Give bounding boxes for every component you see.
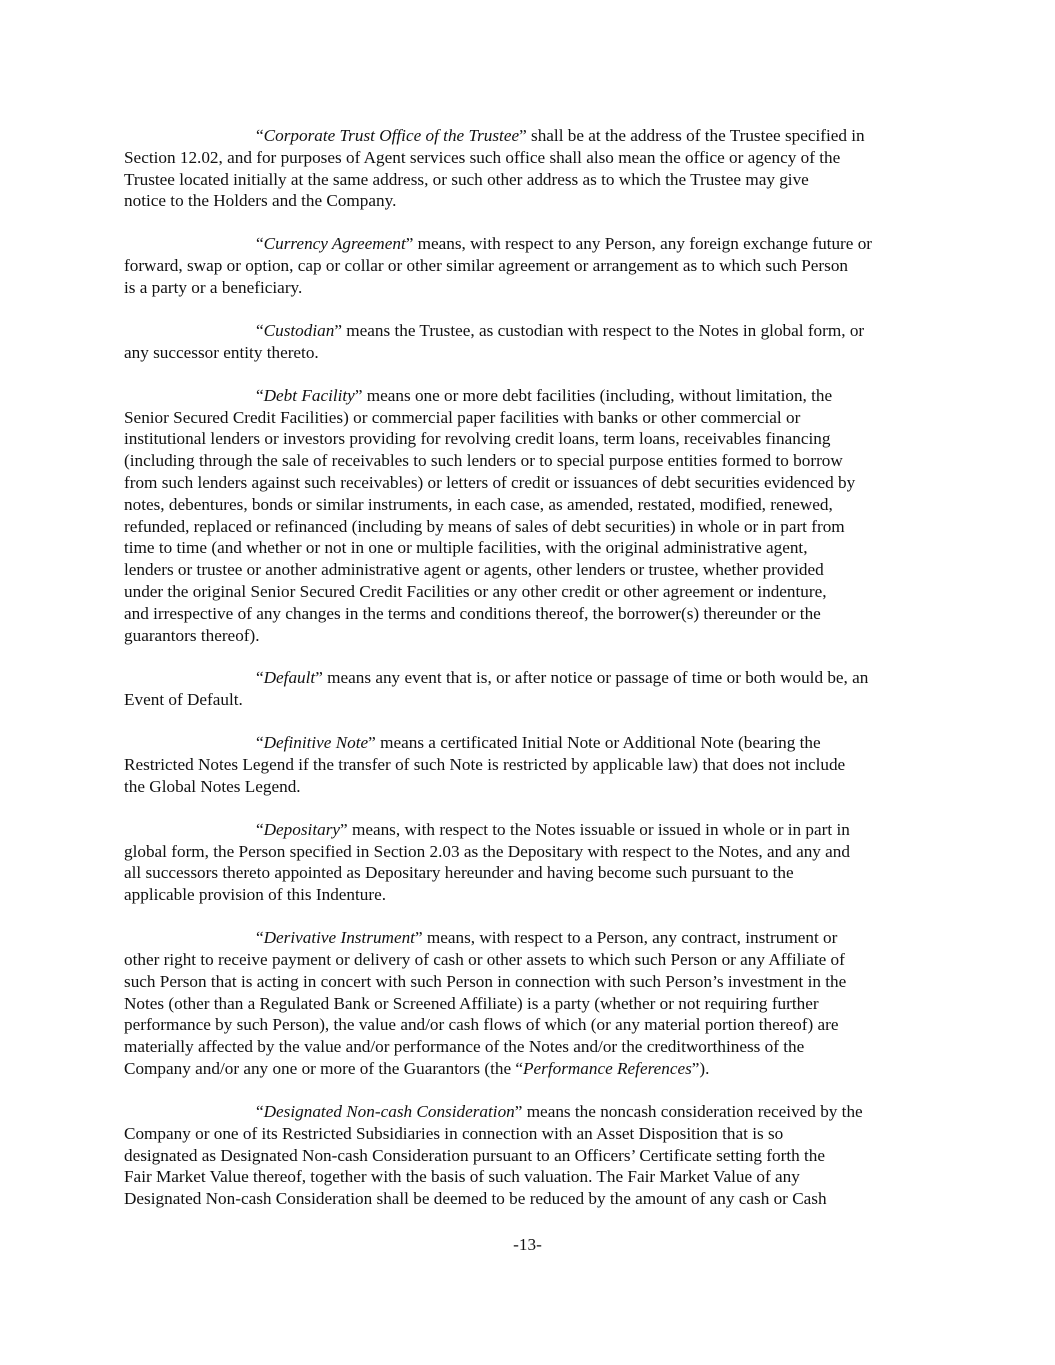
page-number: -13- — [0, 1235, 1055, 1255]
defined-term: Derivative Instrument — [264, 928, 415, 947]
defined-term: Performance References — [523, 1059, 692, 1078]
definition-derivative-instrument: “Derivative Instrument” means, with resp… — [124, 927, 936, 1080]
defined-term: Corporate Trust Office of the Trustee — [264, 126, 519, 145]
definition-default: “Default” means any event that is, or af… — [124, 667, 936, 711]
defined-term: Depositary — [264, 820, 340, 839]
defined-term: Default — [264, 668, 316, 687]
defined-term: Debt Facility — [264, 386, 355, 405]
definition-corporate-trust-office: “Corporate Trust Office of the Trustee” … — [124, 125, 936, 212]
definition-currency-agreement: “Currency Agreement” means, with respect… — [124, 233, 936, 298]
defined-term: Designated Non-cash Consideration — [264, 1102, 515, 1121]
definition-depositary: “Depositary” means, with respect to the … — [124, 819, 936, 906]
document-page: “Corporate Trust Office of the Trustee” … — [124, 125, 936, 1231]
definition-custodian: “Custodian” means the Trustee, as custod… — [124, 320, 936, 364]
definition-debt-facility: “Debt Facility” means one or more debt f… — [124, 385, 936, 647]
defined-term: Currency Agreement — [264, 234, 406, 253]
defined-term: Custodian — [264, 321, 335, 340]
defined-term: Definitive Note — [264, 733, 369, 752]
definition-definitive-note: “Definitive Note” means a certificated I… — [124, 732, 936, 797]
definition-designated-non-cash-consideration: “Designated Non-cash Consideration” mean… — [124, 1101, 936, 1210]
